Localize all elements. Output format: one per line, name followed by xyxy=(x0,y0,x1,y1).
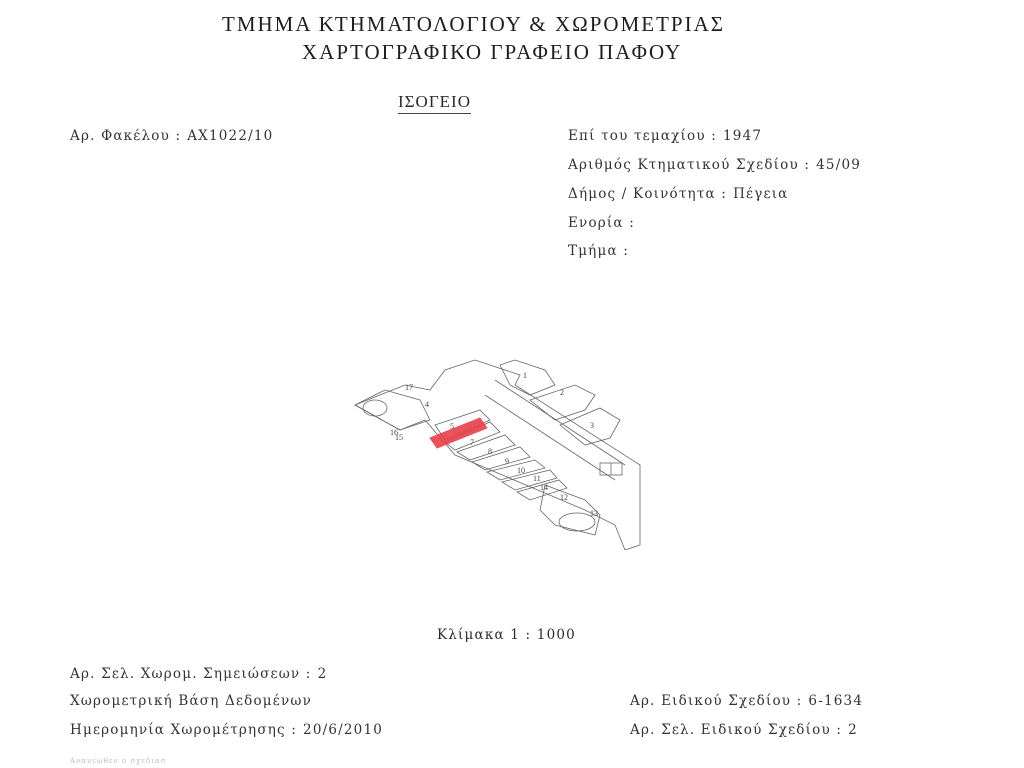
office-title: ΧΑΡΤΟΓΡΑΦΙΚΟ ΓΡΑΦΕΙΟ ΠΑΦΟΥ xyxy=(302,40,682,65)
svg-text:12: 12 xyxy=(560,493,568,502)
floor-title: ΙΣΟΓΕΙΟ xyxy=(398,92,471,114)
svg-text:10: 10 xyxy=(517,466,525,475)
special-plan-number: Αρ. Ειδικού Σχεδίου :6-1634 xyxy=(630,693,863,709)
svg-text:4: 4 xyxy=(425,400,429,409)
detail-municipality: Δήμος / Κοινότητα :Πέγεια xyxy=(568,186,789,202)
survey-notes-pages: Αρ. Σελ. Χωρομ. Σημειώσεων :2 xyxy=(70,666,327,682)
highlighted-unit-6 xyxy=(430,418,487,448)
faint-footer-note: Ανανεωθεν ο σχεδιασ xyxy=(70,757,167,765)
survey-database: Χωρομετρική Βάση Δεδομένων xyxy=(70,693,312,709)
svg-text:7: 7 xyxy=(470,438,474,447)
survey-date: Ημερομηνία Χωρομέτρησης :20/6/2010 xyxy=(70,722,383,738)
floor-plan-drawing: 1 2 3 4 5 7 8 9 10 11 12 13 14 15 16 17 xyxy=(345,350,645,550)
svg-text:3: 3 xyxy=(590,421,594,430)
file-number: Αρ. Φακέλου :AX1022/10 xyxy=(70,128,273,144)
svg-text:17: 17 xyxy=(405,383,413,392)
file-number-label: Αρ. Φακέλου : xyxy=(70,128,181,144)
special-plan-pages: Αρ. Σελ. Ειδικού Σχεδίου :2 xyxy=(630,722,858,738)
svg-text:8: 8 xyxy=(488,447,492,456)
svg-text:1: 1 xyxy=(523,371,527,380)
department-title: ΤΜΗΜΑ ΚΤΗΜΑΤΟΛΟΓΙΟΥ & ΧΩΡΟΜΕΤΡΙΑΣ xyxy=(222,12,725,37)
scale-label: Κλίμακα 1 : 1000 xyxy=(437,627,576,643)
svg-text:13: 13 xyxy=(590,509,598,518)
svg-text:5: 5 xyxy=(450,422,454,431)
svg-text:11: 11 xyxy=(533,474,541,483)
file-number-value: AX1022/10 xyxy=(187,128,273,144)
detail-parish: Ενορία : xyxy=(568,215,641,231)
svg-text:9: 9 xyxy=(505,457,509,466)
detail-parcel: Επί του τεμαχίου :1947 xyxy=(568,128,762,144)
svg-text:2: 2 xyxy=(560,388,564,397)
detail-cadastral-plan: Αριθμός Κτηματικού Σχεδίου :45/09 xyxy=(568,157,861,173)
svg-text:14: 14 xyxy=(540,483,548,492)
detail-section: Τμήμα : xyxy=(568,243,635,259)
svg-text:16: 16 xyxy=(390,428,398,437)
